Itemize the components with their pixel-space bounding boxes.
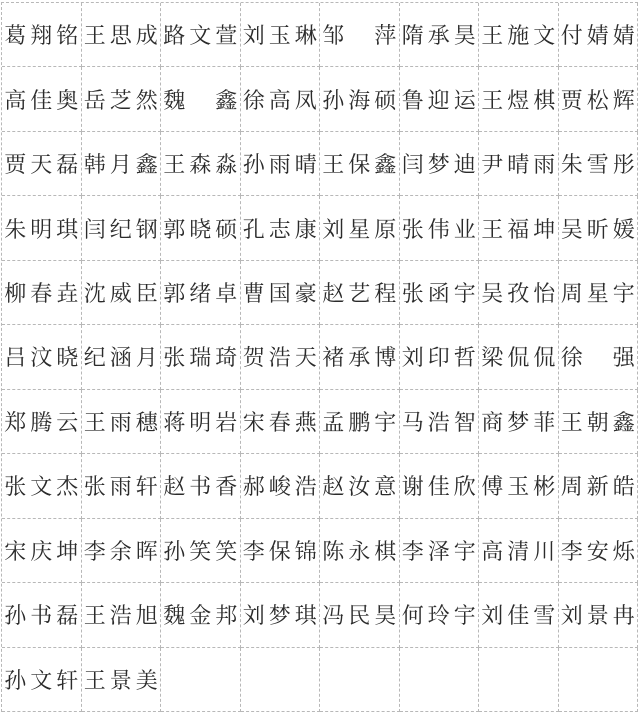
name-cell: 王煜棋 [479,67,559,131]
name-cell: 张雨轩 [82,454,162,518]
name-cell: 刘梦琪 [241,583,321,647]
name-cell: 周新皓 [559,454,639,518]
empty-cell [400,648,480,712]
name-cell: 贾天磊 [2,132,82,196]
name-cell: 李保锦 [241,519,321,583]
name-cell: 宋庆坤 [2,519,82,583]
name-cell: 葛翔铭 [2,3,82,67]
name-cell: 高清川 [479,519,559,583]
name-cell: 赵艺程 [320,261,400,325]
name-cell: 张函宇 [400,261,480,325]
name-cell: 贺浩天 [241,325,321,389]
name-cell: 隋承昊 [400,3,480,67]
name-cell: 赵汝意 [320,454,400,518]
name-cell: 刘印哲 [400,325,480,389]
name-cell: 王施文 [479,3,559,67]
name-cell: 魏 鑫 [161,67,241,131]
name-cell: 刘玉琳 [241,3,321,67]
name-cell: 张文杰 [2,454,82,518]
name-cell: 孔志康 [241,196,321,260]
name-cell: 朱明琪 [2,196,82,260]
name-cell: 韩月鑫 [82,132,162,196]
name-cell: 张伟业 [400,196,480,260]
name-cell: 邹 萍 [320,3,400,67]
name-cell: 尹晴雨 [479,132,559,196]
name-cell: 赵书香 [161,454,241,518]
name-cell: 闫梦迪 [400,132,480,196]
name-cell: 郭晓硕 [161,196,241,260]
name-cell: 褚承博 [320,325,400,389]
name-cell: 王浩旭 [82,583,162,647]
name-cell: 鲁迎运 [400,67,480,131]
name-cell: 冯民昊 [320,583,400,647]
name-cell: 郝峻浩 [241,454,321,518]
name-cell: 沈威臣 [82,261,162,325]
name-cell: 柳春垚 [2,261,82,325]
name-cell: 陈永棋 [320,519,400,583]
name-cell: 郭绪卓 [161,261,241,325]
name-cell: 宋春燕 [241,390,321,454]
name-cell: 徐高凤 [241,67,321,131]
name-cell: 曹国豪 [241,261,321,325]
name-cell: 孙海硕 [320,67,400,131]
name-cell: 王思成 [82,3,162,67]
name-cell: 刘星原 [320,196,400,260]
name-cell: 孙文轩 [2,648,82,712]
name-cell: 岳芝然 [82,67,162,131]
name-cell: 孙书磊 [2,583,82,647]
name-cell: 张瑞琦 [161,325,241,389]
name-cell: 刘景冉 [559,583,639,647]
names-roster-page: 葛翔铭王思成路文萱刘玉琳邹 萍隋承昊王施文付婧婧高佳奥岳芝然魏 鑫徐高凤孙海硕鲁… [0,0,640,715]
name-cell: 孟鹏宇 [320,390,400,454]
name-cell: 朱雪彤 [559,132,639,196]
empty-cell [479,648,559,712]
name-cell: 高佳奥 [2,67,82,131]
name-cell: 吕汶晓 [2,325,82,389]
name-cell: 梁侃侃 [479,325,559,389]
name-cell: 王景美 [82,648,162,712]
name-cell: 闫纪钢 [82,196,162,260]
name-cell: 王福坤 [479,196,559,260]
empty-cell [559,648,639,712]
name-cell: 纪涵月 [82,325,162,389]
name-cell: 孙笑笑 [161,519,241,583]
name-cell: 孙雨晴 [241,132,321,196]
name-cell: 郑腾云 [2,390,82,454]
name-cell: 李安烁 [559,519,639,583]
name-cell: 李余晖 [82,519,162,583]
name-cell: 谢佳欣 [400,454,480,518]
name-cell: 李泽宇 [400,519,480,583]
names-table: 葛翔铭王思成路文萱刘玉琳邹 萍隋承昊王施文付婧婧高佳奥岳芝然魏 鑫徐高凤孙海硕鲁… [1,2,638,712]
name-cell: 贾松辉 [559,67,639,131]
name-cell: 刘佳雪 [479,583,559,647]
name-cell: 付婧婧 [559,3,639,67]
empty-cell [320,648,400,712]
name-cell: 傅玉彬 [479,454,559,518]
empty-cell [241,648,321,712]
name-cell: 马浩智 [400,390,480,454]
name-cell: 魏金邦 [161,583,241,647]
name-cell: 王保鑫 [320,132,400,196]
name-cell: 王雨穗 [82,390,162,454]
name-cell: 商梦菲 [479,390,559,454]
name-cell: 王朝鑫 [559,390,639,454]
name-cell: 王森淼 [161,132,241,196]
name-cell: 周星宇 [559,261,639,325]
name-cell: 路文萱 [161,3,241,67]
name-cell: 蒋明岩 [161,390,241,454]
name-cell: 徐 强 [559,325,639,389]
empty-cell [161,648,241,712]
name-cell: 吴孜怡 [479,261,559,325]
name-cell: 吴昕媛 [559,196,639,260]
name-cell: 何玲宇 [400,583,480,647]
